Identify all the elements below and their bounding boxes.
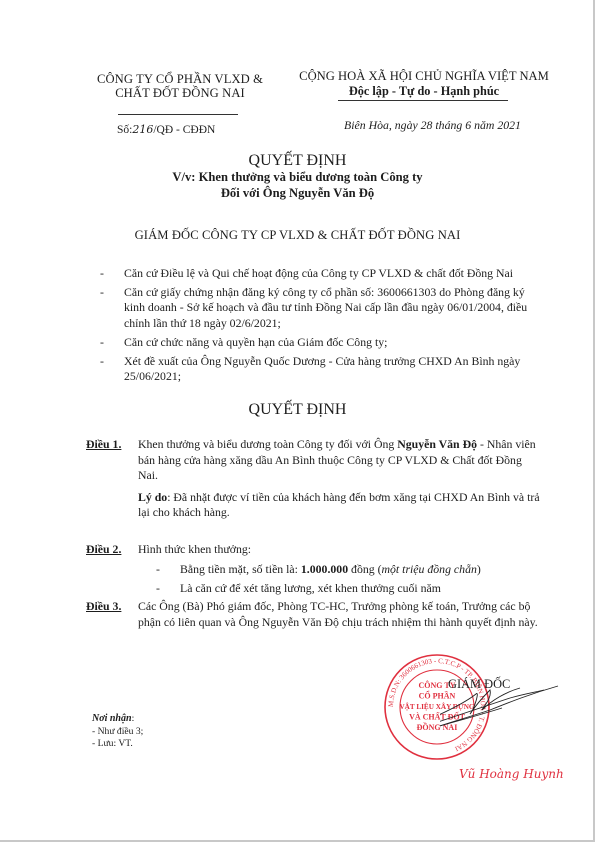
article-1-text: Khen thưởng và biểu dương toàn Công ty đ… (138, 437, 540, 484)
recipient-item: - Lưu: VT. (92, 738, 143, 751)
handwritten-number: 216 (132, 123, 153, 136)
document-number: Số:216/QĐ - CĐĐN (117, 123, 215, 136)
awardee-name: Nguyễn Văn Độ (397, 437, 477, 451)
company-name-line1: CÔNG TY CỔ PHẦN VLXD & (62, 72, 298, 86)
document-page: CÔNG TY CỔ PHẦN VLXD & CHẤT ĐỐT ĐỒNG NAI… (0, 0, 595, 842)
article-1-reason: Lý do: Đã nhặt được ví tiền của khách hà… (138, 490, 540, 521)
document-subject: V/v: Khen thưởng và biểu dương toàn Công… (0, 170, 595, 201)
reward-list: -Bằng tiền mặt, số tiền là: 1.000.000 đồ… (156, 562, 540, 597)
recipients-heading: Nơi nhận (92, 713, 132, 724)
signer-name: Vũ Hoàng Huynh (459, 767, 564, 781)
article-label: Điều 3. (86, 599, 121, 615)
company-header-rule (118, 114, 238, 115)
reward-item: -Bằng tiền mặt, số tiền là: 1.000.000 đồ… (156, 562, 540, 578)
company-name-line2: CHẤT ĐỐT ĐỒNG NAI (62, 86, 298, 100)
article-3: Điều 3. Các Ông (Bà) Phó giám đốc, Phòng… (86, 599, 540, 636)
article-2-intro: Hình thức khen thưởng: (138, 542, 540, 558)
reward-amount: 1.000.000 (301, 562, 348, 576)
reward-item: -Là căn cứ để xét tăng lương, xét khen t… (156, 581, 540, 597)
document-title: QUYẾT ĐỊNH (0, 152, 595, 170)
legal-basis-item: -Căn cứ giấy chứng nhận đăng ký công ty … (100, 285, 540, 331)
place-date: Biên Hòa, ngày 28 tháng 6 năm 2021 (344, 118, 521, 133)
article-1: Điều 1. Khen thưởng và biểu dương toàn C… (86, 437, 540, 527)
handwritten-signature (440, 680, 560, 740)
legal-basis-item: -Căn cứ chức năng và quyền hạn của Giám … (100, 335, 540, 350)
company-header: CÔNG TY CỔ PHẦN VLXD & CHẤT ĐỐT ĐỒNG NAI (62, 72, 298, 100)
legal-bases-list: -Căn cứ Điều lệ và Qui chế hoạt động của… (100, 266, 540, 388)
legal-basis-item: -Căn cứ Điều lệ và Qui chế hoạt động của… (100, 266, 540, 281)
legal-basis-item: -Xét đề xuất của Ông Nguyễn Quốc Dương -… (100, 354, 540, 384)
article-label: Điều 1. (86, 437, 121, 453)
country-name: CỘNG HOÀ XÃ HỘI CHỦ NGHĨA VIỆT NAM (288, 69, 560, 84)
recipients: Nơi nhận: - Như điều 3; - Lưu: VT. (92, 713, 143, 751)
article-2: Điều 2. Hình thức khen thưởng: -Bằng tiề… (86, 542, 540, 601)
national-motto: Độc lập - Tự do - Hạnh phúc (288, 84, 560, 99)
article-3-text: Các Ông (Bà) Phó giám đốc, Phòng TC-HC, … (138, 599, 540, 630)
issuer-title: GIÁM ĐỐC CÔNG TY CP VLXD & CHẤT ĐỐT ĐỒNG… (0, 228, 595, 243)
national-header-rule (338, 100, 508, 101)
article-label: Điều 2. (86, 542, 121, 558)
national-header: CỘNG HOÀ XÃ HỘI CHỦ NGHĨA VIỆT NAM Độc l… (288, 69, 560, 99)
recipient-item: - Như điều 3; (92, 726, 143, 739)
decision-title: QUYẾT ĐỊNH (0, 401, 595, 419)
